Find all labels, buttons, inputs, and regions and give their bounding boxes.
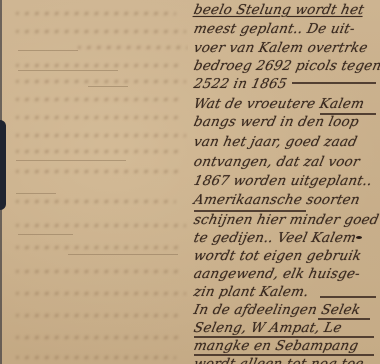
line-text: te gedijen.. Veel Kalem [192,230,357,246]
bleed-through-text [8,0,188,364]
ink-blot [356,236,362,239]
bleed-line [16,12,176,15]
text-line: Amerikaansche soorten [192,192,361,208]
text-line: meest geplant.. De uit- [192,21,356,37]
handwritten-column: beelo Stelung wordt het meest geplant.. … [190,0,380,364]
line-text: ontvangen, dat zal voor [192,154,361,170]
line-text: beelo Stelung wordt het [192,2,365,18]
bleed-line [16,200,176,203]
line-text: Seleng, W Ampat, Le [192,320,343,336]
text-line: bangs werd in den loop [192,114,360,130]
bleed-line [16,150,181,153]
text-line: beelo Stelung wordt het [192,2,365,18]
line-text: wordt tot eigen gebruik [192,248,363,264]
line-text: 1867 worden uitgeplant.. [192,173,373,189]
text-line: In de afdeelingen Selek [192,302,362,318]
line-text: Wat de vroeutere Kalem [192,96,365,112]
line-text: voer van Kalem overtrke [192,40,369,56]
bleed-line [16,224,186,227]
bleed-line [16,270,184,273]
line-text: 2522 in 1865 [192,76,288,92]
line-text: wordt alleen tot nog toe [192,356,365,364]
line-text: aangewend, elk huisge- [192,266,361,282]
bleed-line [16,170,184,173]
line-text: Amerikaansche soorten [192,192,361,208]
bleed-line [16,356,176,359]
text-line: voer van Kalem overtrke [192,40,369,56]
manuscript-page: beelo Stelung wordt het meest geplant.. … [0,0,380,364]
text-line: wordt alleen tot nog toe [192,356,365,364]
bleed-rule [88,86,128,87]
bleed-rule [16,160,126,161]
bleed-line [16,64,181,67]
text-line: te gedijen.. Veel Kalem [192,230,357,246]
line-text: zin plant Kalem. [192,284,310,300]
bleed-line [16,98,184,101]
line-text: bedroeg 2692 picols tegen [192,58,380,74]
bleed-line [16,134,186,137]
line-text: mangke en Sebampang [192,338,360,354]
bleed-line [78,46,188,49]
binding-edge [0,120,6,210]
bleed-rule [18,50,78,51]
text-line: 1867 worden uitgeplant.. [192,173,373,189]
line-text: bangs werd in den loop [192,114,360,130]
line-fill-rule [320,296,376,298]
line-text: van het jaar, goed zaad [192,134,358,150]
text-line: ontvangen, dat zal voor [192,154,361,170]
text-line: aangewend, elk huisge- [192,266,361,282]
bleed-line [16,336,184,339]
text-line: Wat de vroeutere Kalem [192,96,365,112]
line-fill-rule [292,82,376,84]
bleed-line [16,314,178,317]
line-text: schijnen hier minder goed [192,212,380,228]
bleed-line [16,246,181,249]
text-line: bedroeg 2692 picols tegen [192,58,380,74]
bleed-rule [68,254,178,255]
bleed-line [16,116,178,119]
text-line: zin plant Kalem. [192,284,310,300]
text-line: wordt tot eigen gebruik [192,248,363,264]
line-text: meest geplant.. De uit- [192,21,356,37]
line-text: In de afdeelingen Selek [192,302,362,318]
bleed-line [16,30,186,33]
text-line: mangke en Sebampang [192,338,360,354]
text-line: schijnen hier minder goed [192,212,380,228]
text-line: Seleng, W Ampat, Le [192,320,343,336]
text-line: 2522 in 1865 [192,76,288,92]
bleed-rule [18,70,118,71]
bleed-line [16,292,186,295]
bleed-line [16,80,186,83]
bleed-rule [16,193,56,194]
bleed-rule [18,234,73,235]
text-line: van het jaar, goed zaad [192,134,358,150]
